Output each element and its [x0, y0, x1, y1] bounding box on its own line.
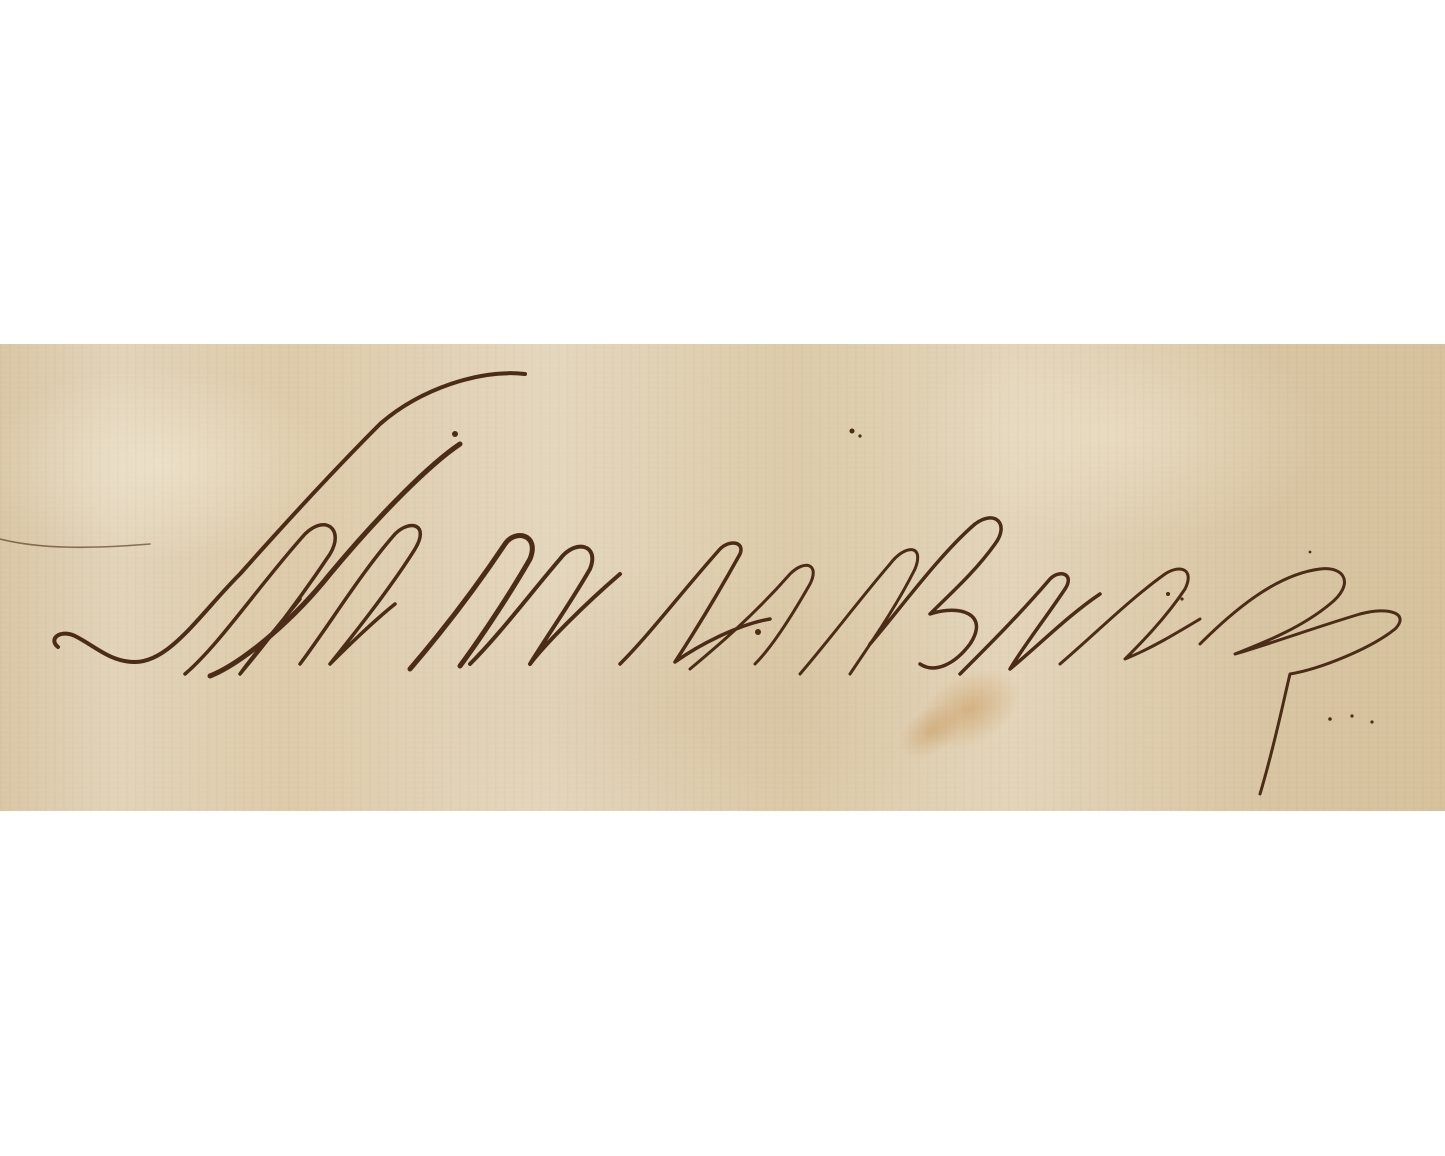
signature-tail	[1200, 569, 1400, 794]
signature-ascender	[210, 444, 460, 676]
signature-letters-7	[960, 574, 1100, 674]
signature-capital-a	[185, 525, 335, 674]
signature-letters-4	[620, 543, 770, 664]
signature-letters-5	[690, 565, 813, 669]
signature	[0, 344, 1445, 811]
signature-letters-8	[1060, 569, 1200, 664]
signature-letters-2	[410, 536, 532, 669]
signature-capital-b	[800, 550, 918, 674]
signature-lead-line	[0, 539, 150, 547]
aged-paper-strip	[0, 344, 1445, 811]
signature-letters-1	[300, 526, 420, 664]
signature-letters-6	[870, 518, 1001, 668]
